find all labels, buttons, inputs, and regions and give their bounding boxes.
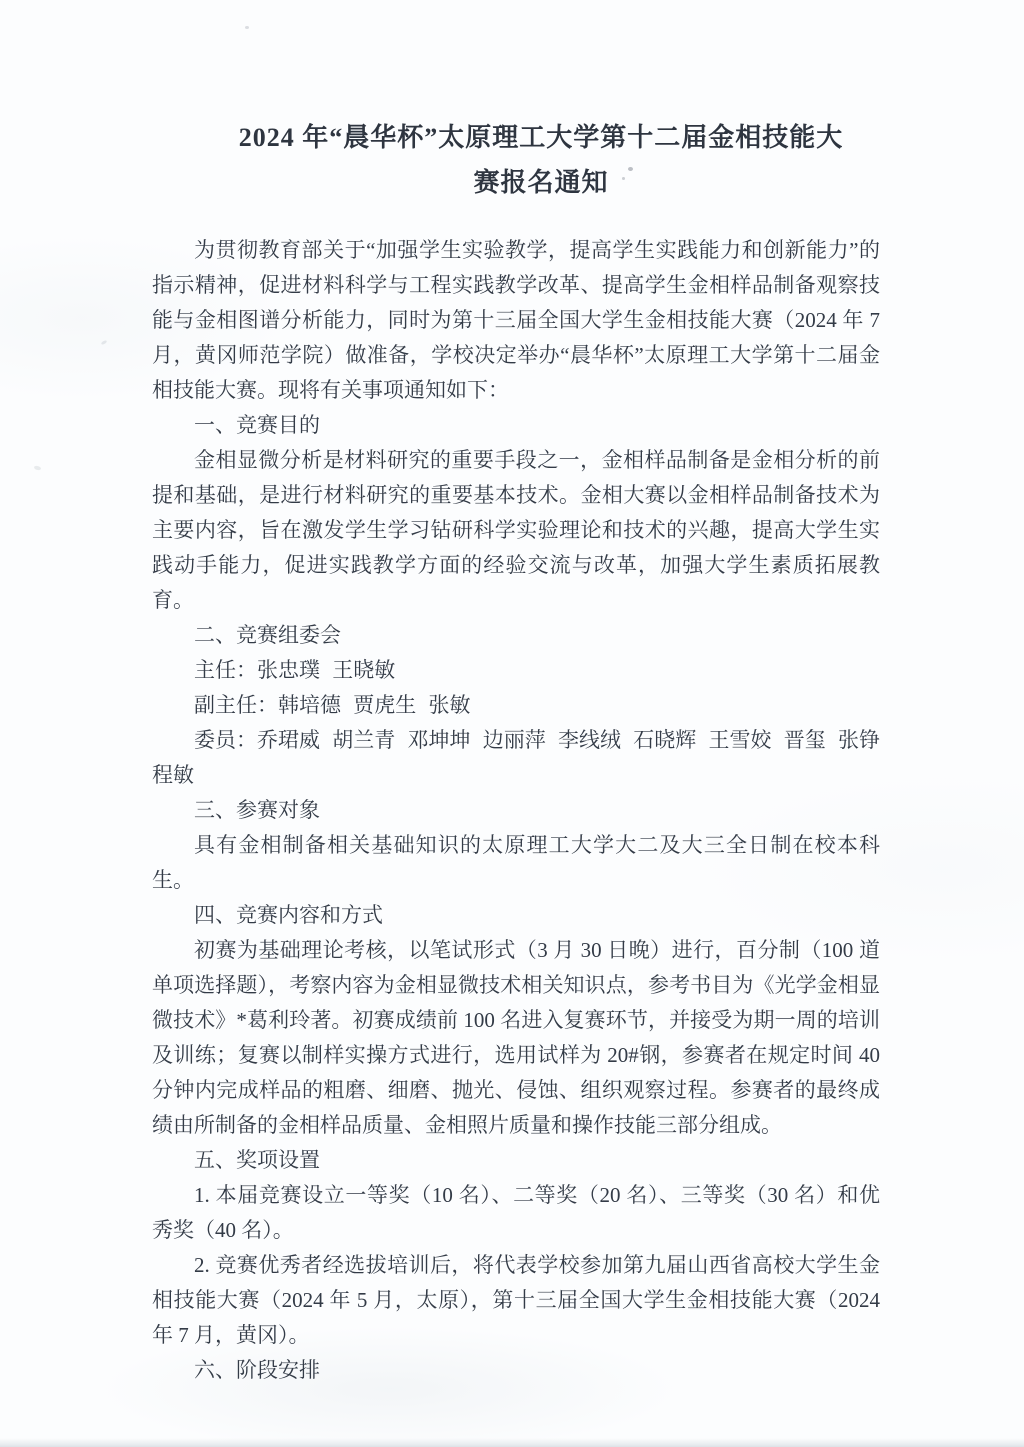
paragraph-director: 主任：张忠璞 王晓敏	[152, 653, 880, 688]
document-body: 为贯彻教育部关于“加强学生实验教学，提高学生实践能力和创新能力”的指示精神，促进…	[152, 233, 880, 1388]
scan-speck	[628, 167, 633, 171]
paragraph-format: 初赛为基础理论考核，以笔试形式（3 月 30 日晚）进行，百分制（100 道单项…	[152, 933, 880, 1143]
paragraph-members: 委员：乔珺威 胡兰青 邓坤坤 边丽萍 李线绒 石晓辉 王雪姣 晋玺 张铮 程敏	[152, 723, 880, 793]
scan-speck	[622, 177, 625, 180]
section-heading-4: 四、竞赛内容和方式	[152, 898, 880, 933]
section-heading-2: 二、竞赛组委会	[152, 618, 880, 653]
paragraph-vice-director: 副主任：韩培德 贾虎生 张敏	[152, 688, 880, 723]
paragraph-eligibility: 具有金相制备相关基础知识的太原理工大学大二及大三全日制在校本科生。	[152, 828, 880, 898]
section-heading-6: 六、阶段安排	[152, 1353, 880, 1388]
paragraph-intro: 为贯彻教育部关于“加强学生实验教学，提高学生实践能力和创新能力”的指示精神，促进…	[152, 233, 880, 408]
scan-speck	[245, 26, 249, 29]
document-title: 2024 年“晨华杯”太原理工大学第十二届金相技能大 赛报名通知	[177, 115, 905, 205]
document-title-line2: 赛报名通知	[177, 160, 905, 205]
scan-speck	[101, 340, 108, 346]
paragraph-purpose: 金相显微分析是材料研究的重要手段之一，金相样品制备是金相分析的前提和基础，是进行…	[152, 443, 880, 618]
section-heading-1: 一、竞赛目的	[152, 408, 880, 443]
document-content: 2024 年“晨华杯”太原理工大学第十二届金相技能大 赛报名通知 为贯彻教育部关…	[152, 0, 880, 1388]
document-title-line1: 2024 年“晨华杯”太原理工大学第十二届金相技能大	[177, 115, 905, 160]
paragraph-awards-2: 2. 竞赛优秀者经选拔培训后，将代表学校参加第九届山西省高校大学生金相技能大赛（…	[152, 1248, 880, 1353]
paragraph-awards-1: 1. 本届竞赛设立一等奖（10 名）、二等奖（20 名）、三等奖（30 名）和优…	[152, 1178, 880, 1248]
scan-edge-shadow	[0, 1438, 1024, 1447]
scanned-page: 2024 年“晨华杯”太原理工大学第十二届金相技能大 赛报名通知 为贯彻教育部关…	[0, 0, 1024, 1447]
scan-speck	[34, 465, 42, 471]
section-heading-5: 五、奖项设置	[152, 1143, 880, 1178]
section-heading-3: 三、参赛对象	[152, 793, 880, 828]
